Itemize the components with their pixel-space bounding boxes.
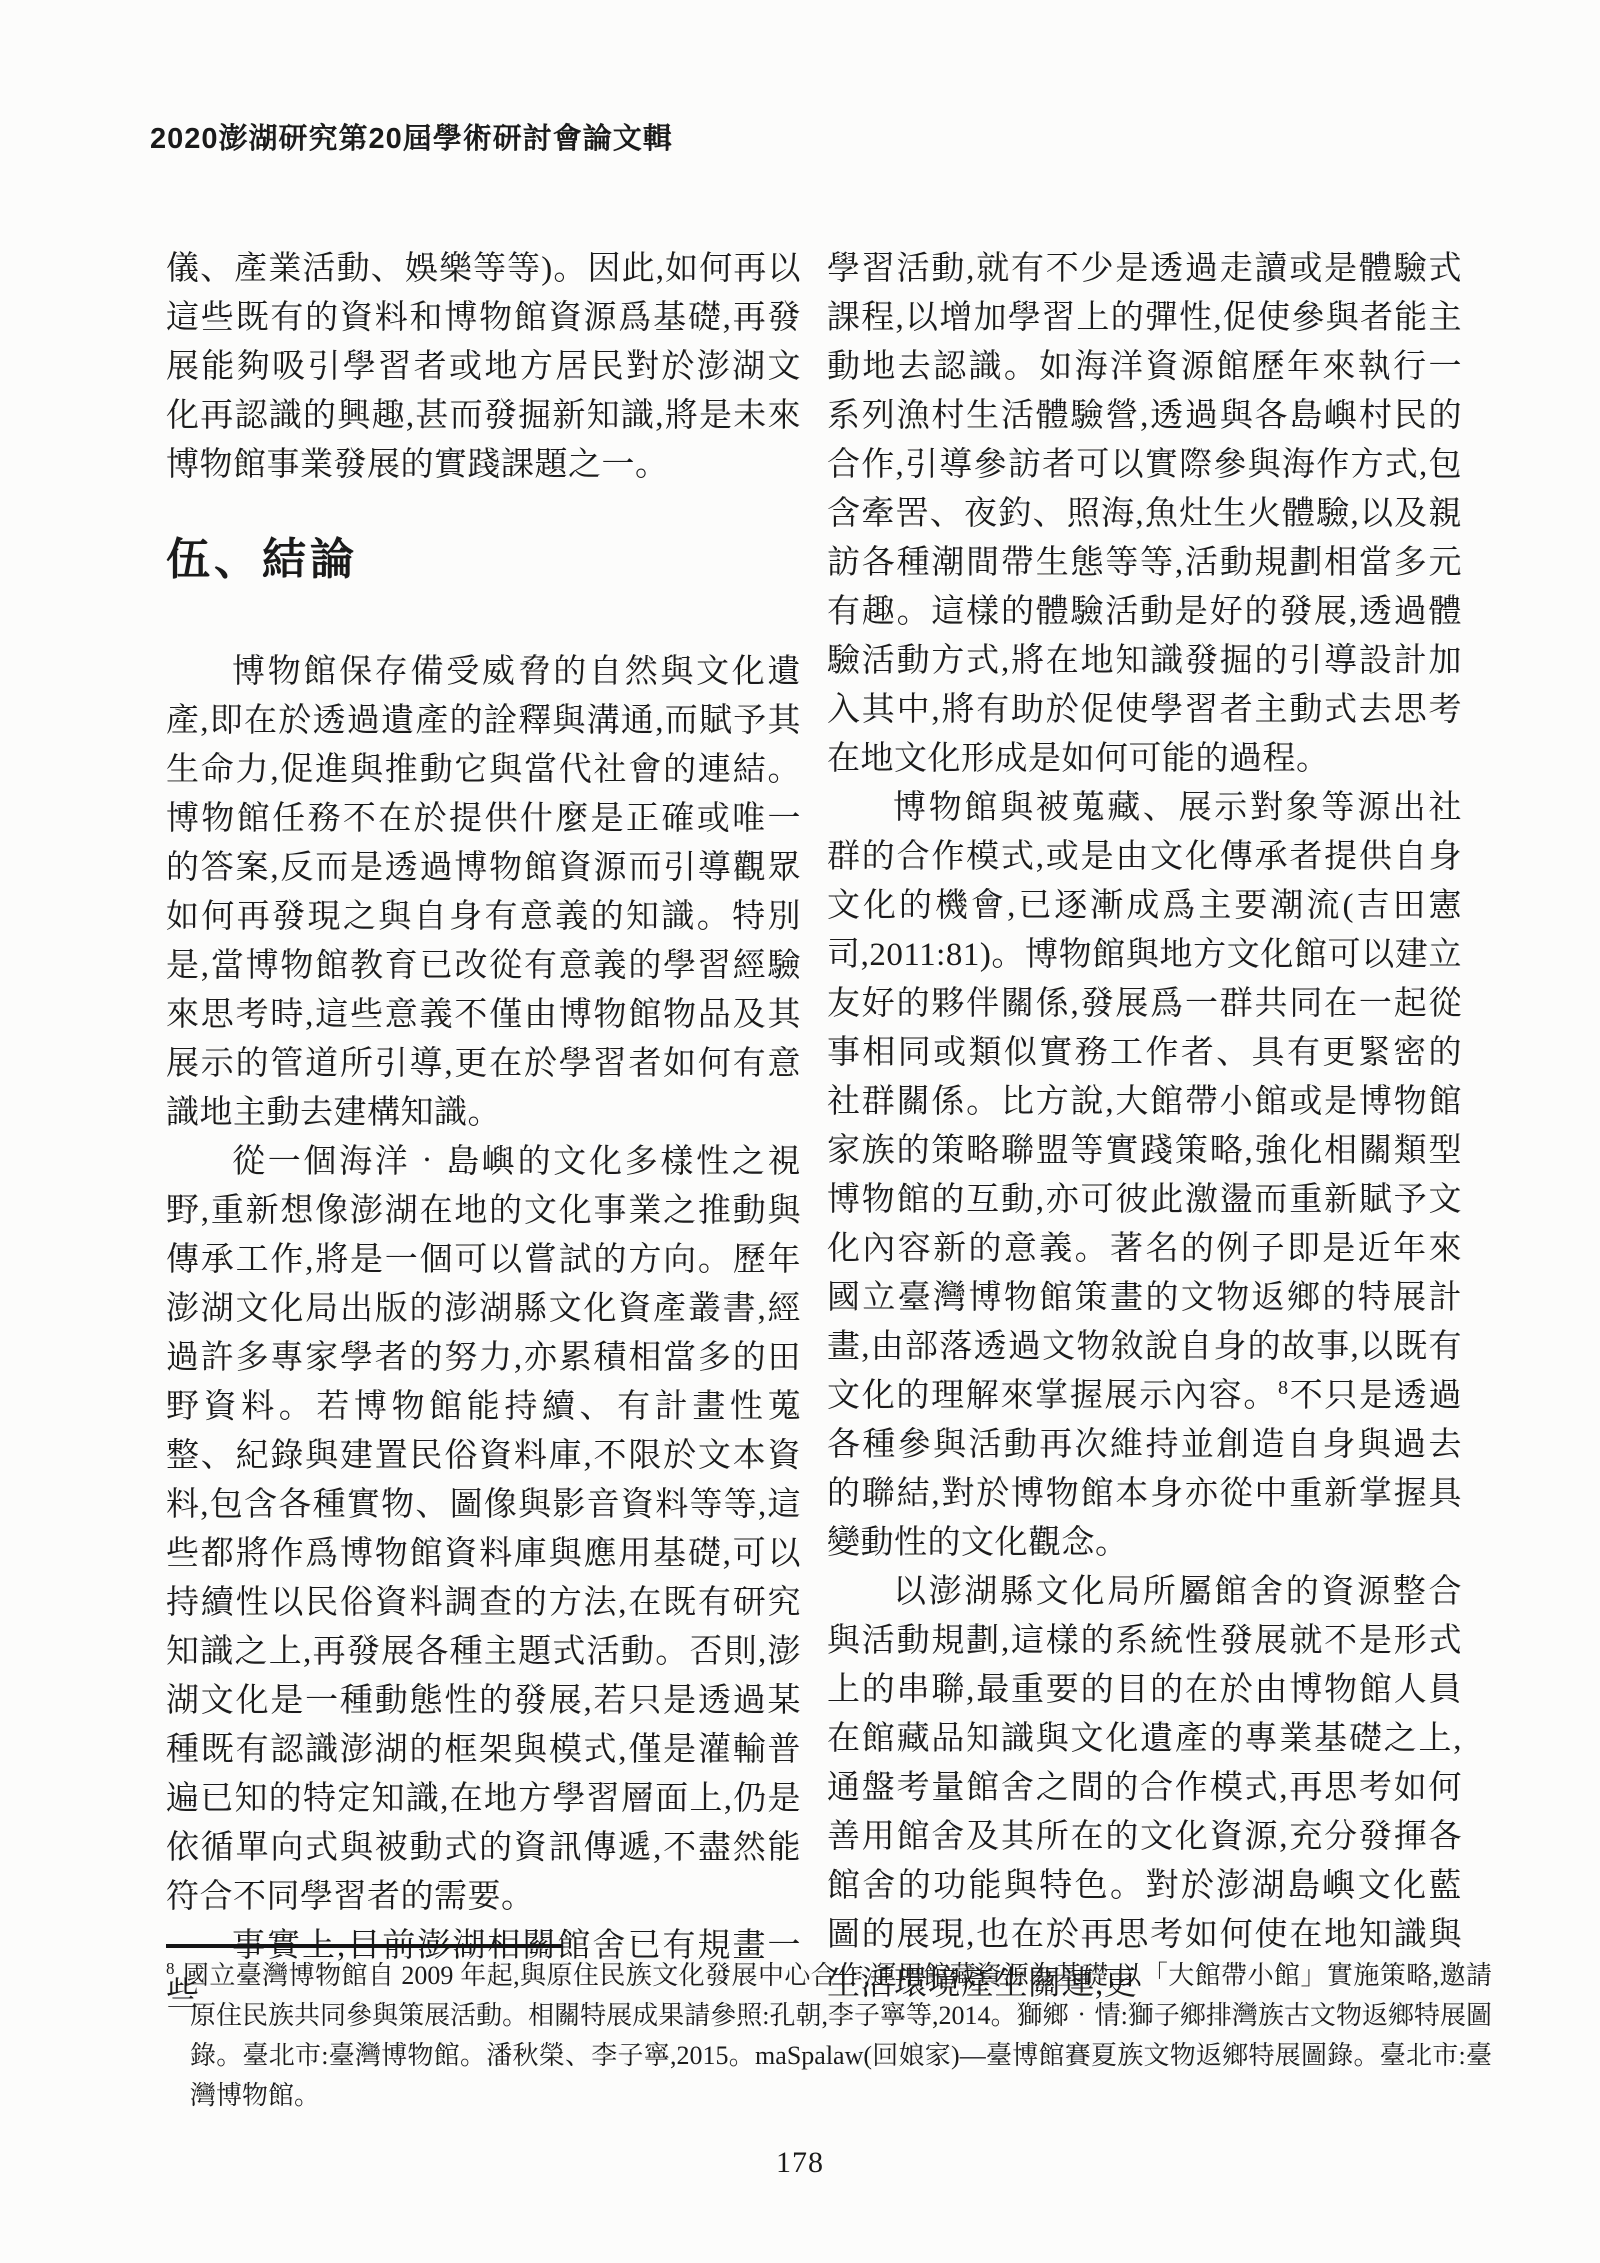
page-header: 2020澎湖研究第20屆學術研討會論文輯 [150,116,673,157]
footnote-reference: 8 [1278,1377,1289,1399]
proceedings-title: 2020澎湖研究第20屆學術研討會論文輯 [150,123,673,155]
footnote: 8國立臺灣博物館自 2009 年起,與原住民族文化發展中心合作,運用館藏資源為基… [166,1956,1492,2116]
left-column: 儀、產業活動、娛樂等等)。因此,如何再以這些既有的資料和博物館資源爲基礎,再發展… [166,245,801,2020]
paragraph-text: 博物館與被蒐藏、展示對象等源出社群的合作模式,或是由文化傳承者提供自身文化的機會… [827,790,1462,1414]
two-column-body: 儀、產業活動、娛樂等等)。因此,如何再以這些既有的資料和博物館資源爲基礎,再發展… [166,245,1462,2020]
paragraph: 從一個海洋‧島嶼的文化多樣性之視野,重新想像澎湖在地的文化事業之推動與傳承工作,… [166,1138,801,1922]
paragraph-continuation: 學習活動,就有不少是透過走讀或是體驗式課程,以增加學習上的彈性,促使參與者能主動… [827,245,1462,784]
footnote-number: 8 [166,1959,175,1978]
paragraph: 以澎湖縣文化局所屬館舍的資源整合與活動規劃,這樣的系統性發展就不是形式上的串聯,… [827,1568,1462,2009]
footnote-separator [166,1944,562,1948]
footnote-text: 國立臺灣博物館自 2009 年起,與原住民族文化發展中心合作,運用館藏資源為基礎… [183,1961,1493,2110]
paragraph: 博物館保存備受威脅的自然與文化遺產,即在於透過遺產的詮釋與溝通,而賦予其生命力,… [166,648,801,1138]
document-page: { "page": { "header": "2020澎湖研究第20屆學術研討會… [0,0,1600,2263]
section-heading-conclusion: 伍、結論 [166,532,801,588]
paragraph-continuation: 儀、產業活動、娛樂等等)。因此,如何再以這些既有的資料和博物館資源爲基礎,再發展… [166,245,801,490]
page-number: 178 [0,2146,1600,2180]
right-column: 學習活動,就有不少是透過走讀或是體驗式課程,以增加學習上的彈性,促使參與者能主動… [827,245,1462,2020]
paragraph: 博物館與被蒐藏、展示對象等源出社群的合作模式,或是由文化傳承者提供自身文化的機會… [827,784,1462,1568]
